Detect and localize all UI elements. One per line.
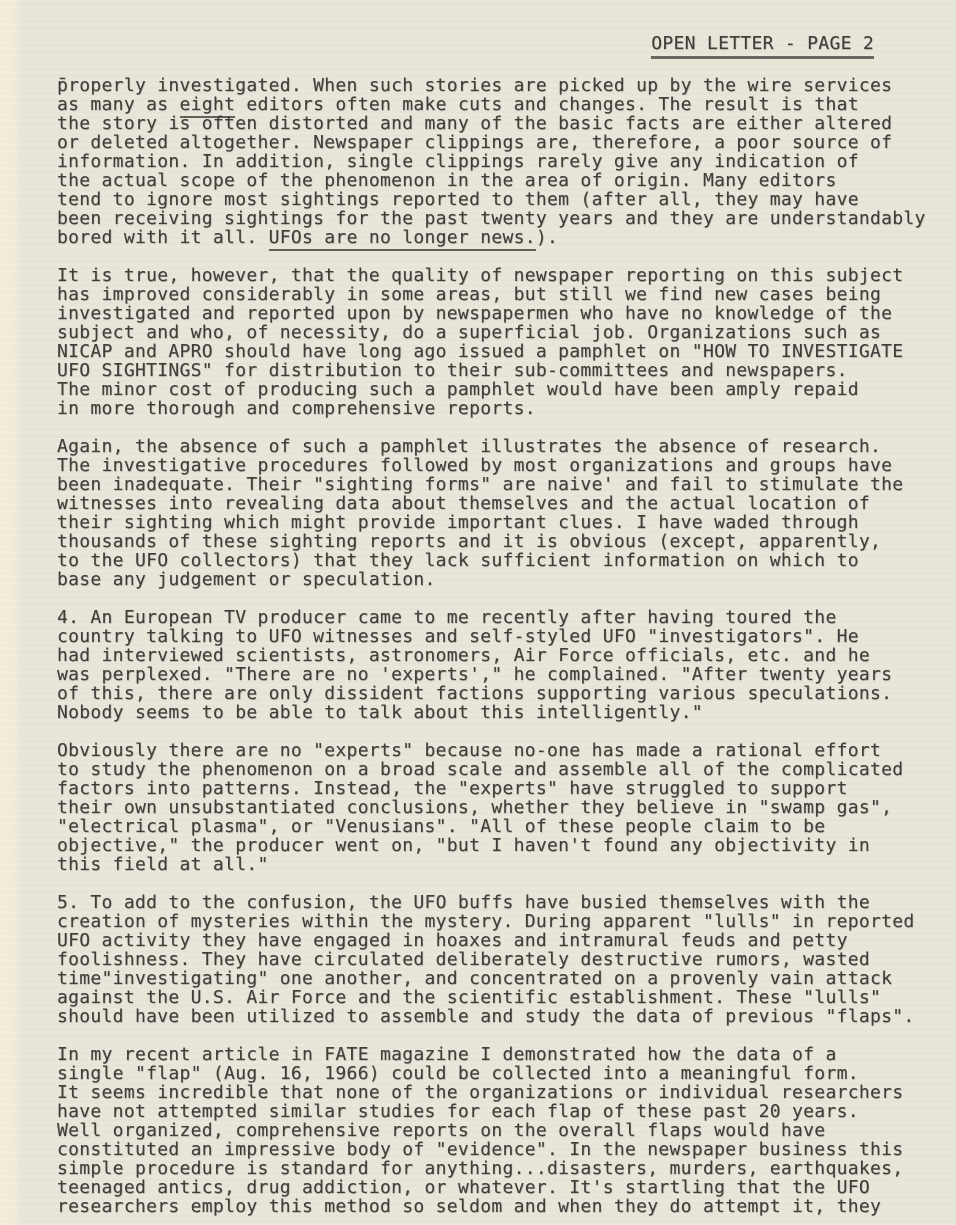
text-line: their sighting which might provide impor… bbox=[57, 513, 936, 532]
text-line: It is true, however, that the quality of… bbox=[57, 266, 936, 285]
page-header-title: OPEN LETTER - PAGE 2 bbox=[651, 33, 874, 59]
document-page: OPEN LETTER - PAGE 2 p̄roperly investiga… bbox=[0, 0, 956, 1225]
text-line: objective," the producer went on, "but I… bbox=[57, 836, 936, 855]
text-line: p̄roperly investigated. When such storie… bbox=[57, 76, 936, 95]
text-line: 5. To add to the confusion, the UFO buff… bbox=[57, 893, 936, 912]
text-line: It seems incredible that none of the org… bbox=[57, 1083, 936, 1102]
text-line: time"investigating" one another, and con… bbox=[57, 969, 936, 988]
text-line: The minor cost of producing such a pamph… bbox=[57, 380, 936, 399]
text-line: the story is often distorted and many of… bbox=[57, 114, 936, 133]
text-line: UFO SIGHTINGS" for distribution to their… bbox=[57, 361, 936, 380]
text-line: Nobody seems to be able to talk about th… bbox=[57, 703, 936, 722]
text-line: to study the phenomenon on a broad scale… bbox=[57, 760, 936, 779]
text-line: thousands of these sighting reports and … bbox=[57, 532, 936, 551]
text-line: of this, there are only dissident factio… bbox=[57, 684, 936, 703]
text-line: or deleted altogether. Newspaper clippin… bbox=[57, 133, 936, 152]
text-line: teenaged antics, drug addiction, or what… bbox=[57, 1178, 936, 1197]
text-line: "electrical plasma", or "Venusians". "Al… bbox=[57, 817, 936, 836]
text-line: NICAP and APRO should have long ago issu… bbox=[57, 342, 936, 361]
text-line: simple procedure is standard for anythin… bbox=[57, 1159, 936, 1178]
text-line: 4. An European TV producer came to me re… bbox=[57, 608, 936, 627]
text-line: UFO activity they have engaged in hoaxes… bbox=[57, 931, 936, 950]
document-body: p̄roperly investigated. When such storie… bbox=[0, 76, 956, 1216]
text-line: country talking to UFO witnesses and sel… bbox=[57, 627, 936, 646]
text-line: Again, the absence of such a pamphlet il… bbox=[57, 437, 936, 456]
text-line: base any judgement or speculation. bbox=[57, 570, 936, 589]
text-line: The investigative procedures followed by… bbox=[57, 456, 936, 475]
text-line: tend to ignore most sightings reported t… bbox=[57, 190, 936, 209]
text-line: researchers employ this method so seldom… bbox=[57, 1197, 936, 1216]
paragraph: Again, the absence of such a pamphlet il… bbox=[57, 437, 936, 589]
paragraph: It is true, however, that the quality of… bbox=[57, 266, 936, 418]
text-line: information. In addition, single clippin… bbox=[57, 152, 936, 171]
text-line: subject and who, of necessity, do a supe… bbox=[57, 323, 936, 342]
text-line: the actual scope of the phenomenon in th… bbox=[57, 171, 936, 190]
text-line: was perplexed. "There are no 'experts',"… bbox=[57, 665, 936, 684]
text-line: constituted an impressive body of "evide… bbox=[57, 1140, 936, 1159]
text-line: Obviously there are no "experts" because… bbox=[57, 741, 936, 760]
text-line: in more thorough and comprehensive repor… bbox=[57, 399, 936, 418]
text-line: factors into patterns. Instead, the "exp… bbox=[57, 779, 936, 798]
text-line: has improved considerably in some areas,… bbox=[57, 285, 936, 304]
paragraph: 5. To add to the confusion, the UFO buff… bbox=[57, 893, 936, 1026]
page-header: OPEN LETTER - PAGE 2 bbox=[0, 0, 956, 55]
text-line: investigated and reported upon by newspa… bbox=[57, 304, 936, 323]
text-line: against the U.S. Air Force and the scien… bbox=[57, 988, 936, 1007]
text-line: Well organized, comprehensive reports on… bbox=[57, 1121, 936, 1140]
text-line: bored with it all. UFOs are no longer ne… bbox=[57, 228, 936, 247]
text-line: single "flap" (Aug. 16, 1966) could be c… bbox=[57, 1064, 936, 1083]
text-line: this field at all." bbox=[57, 855, 936, 874]
text-line: been inadequate. Their "sighting forms" … bbox=[57, 475, 936, 494]
text-line: their own unsubstantiated conclusions, w… bbox=[57, 798, 936, 817]
text-line: had interviewed scientists, astronomers,… bbox=[57, 646, 936, 665]
text-line: In my recent article in FATE magazine I … bbox=[57, 1045, 936, 1064]
text-line: have not attempted similar studies for e… bbox=[57, 1102, 936, 1121]
text-line: witnesses into revealing data about them… bbox=[57, 494, 936, 513]
paragraph: In my recent article in FATE magazine I … bbox=[57, 1045, 936, 1216]
text-line: should have been utilized to assemble an… bbox=[57, 1007, 936, 1026]
text-line: as many as eight editors often make cuts… bbox=[57, 95, 936, 114]
paragraph: p̄roperly investigated. When such storie… bbox=[57, 76, 936, 247]
text-line: been receiving sightings for the past tw… bbox=[57, 209, 936, 228]
text-line: foolishness. They have circulated delibe… bbox=[57, 950, 936, 969]
paragraph: Obviously there are no "experts" because… bbox=[57, 741, 936, 874]
text-line: creation of mysteries within the mystery… bbox=[57, 912, 936, 931]
text-line: to the UFO collectors) that they lack su… bbox=[57, 551, 936, 570]
paragraph: 4. An European TV producer came to me re… bbox=[57, 608, 936, 722]
